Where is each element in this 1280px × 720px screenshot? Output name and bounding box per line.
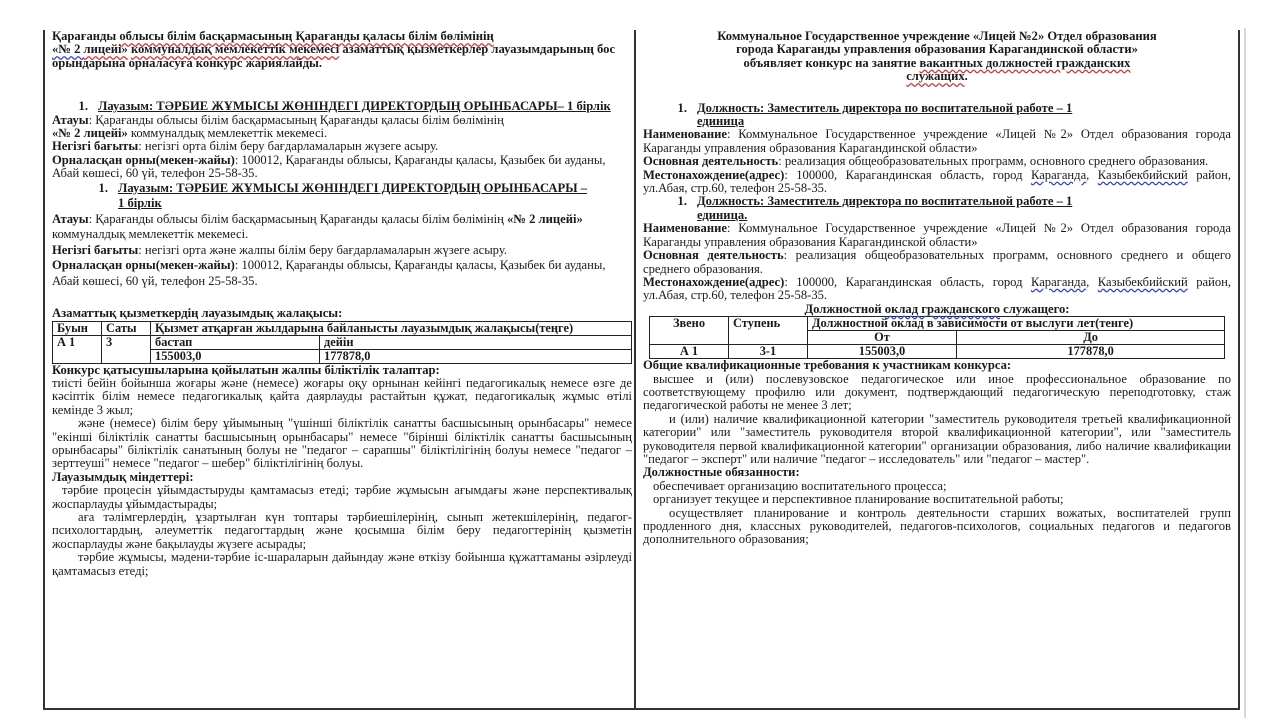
salary-table: Буын Саты Қызмет атқарған жылдарына байл…	[52, 321, 632, 364]
vacancy-address: Местонахождение(адрес): 100000, Караганд…	[643, 169, 1231, 196]
vacancy-name: Наименование: Коммунальное Государственн…	[643, 222, 1231, 249]
vacancy-address: Местонахождение(адрес): 100000, Караганд…	[643, 276, 1231, 303]
russian-intro: Коммунальное Государственное учреждение …	[643, 30, 1231, 84]
salary-table: Звено Ступень Должностной оклад в зависи…	[649, 316, 1225, 359]
vacancy-direction: Негізгі бағыты: негізгі орта білім беру …	[52, 140, 632, 153]
vacancy-title: 1. Должность: Заместитель директора по в…	[643, 102, 1231, 129]
vacancy-address: Орналасқан орны(мекен-жайы): 100012, Қар…	[52, 154, 632, 181]
requirement-item: тиісті бейін бойынша жоғары және (немесе…	[52, 377, 632, 417]
vacancy-name: Атауы: Қарағанды облысы білім басқармасы…	[52, 114, 632, 141]
vacancy-title: 1. Должность: Заместитель директора по в…	[643, 195, 1231, 222]
vacancy-activity: Основная деятельность: реализация общеоб…	[643, 249, 1231, 276]
salary-heading: Должностной оклад гражданского служащего…	[643, 303, 1231, 316]
duty-item: организует текущее и перспективное плани…	[643, 493, 1231, 506]
vacancy-activity: Основная деятельность: реализация общеоб…	[643, 155, 1231, 168]
kazakh-column: Қарағанды облысы білім басқармасының Қар…	[52, 30, 632, 578]
vacancy-ru-1: 1. Должность: Заместитель директора по в…	[643, 102, 1231, 196]
russian-column: Коммунальное Государственное учреждение …	[643, 30, 1231, 547]
duties-heading: Лауазымдық міндеттері:	[52, 471, 632, 484]
vacancy-title: 1. Лауазым: ТӘРБИЕ ЖҰМЫСЫ ЖӨНІНДЕГІ ДИРЕ…	[52, 181, 632, 212]
requirement-item: высшее и (или) послевузовское педагогиче…	[643, 373, 1231, 413]
page-edge-shadow	[1244, 28, 1246, 718]
vacancy-name: Наименование: Коммунальное Государственн…	[643, 128, 1231, 155]
kazakh-intro: Қарағанды облысы білім басқармасының Қар…	[52, 30, 632, 70]
vacancy-direction: Негізгі бағыты: негізгі орта және жалпы …	[52, 243, 632, 259]
vacancy-kz-1: 1. Лауазым: ТӘРБИЕ ЖҰМЫСЫ ЖӨНІНДЕГІ ДИРЕ…	[52, 100, 632, 180]
vacancy-address: Орналасқан орны(мекен-жайы): 100012, Қар…	[52, 258, 632, 289]
vacancy-title: 1. Лауазым: ТӘРБИЕ ЖҰМЫСЫ ЖӨНІНДЕГІ ДИРЕ…	[52, 100, 632, 113]
vacancy-name: Атауы: Қарағанды облысы білім басқармасы…	[52, 212, 632, 243]
column-divider	[634, 30, 636, 710]
requirement-item: және (немесе) білім беру ұйымының "үшінш…	[52, 417, 632, 471]
duties-heading: Должностные обязанности:	[643, 466, 1231, 479]
duty-item: тәрбие жұмысы, мәдени-тәрбие іс-шаралары…	[52, 551, 632, 578]
duty-item: обеспечивает организацию воспитательного…	[643, 480, 1231, 493]
duty-item: аға тәлімгерлердің, ұзартылған күн топта…	[52, 511, 632, 551]
requirement-item: и (или) наличие квалификационной категор…	[643, 413, 1231, 467]
requirements-heading: Общие квалификационные требования к учас…	[643, 359, 1231, 372]
salary-heading: Азаматтық қызметкердің лауазымдық жалақы…	[52, 307, 632, 320]
requirements-heading: Конкурс қатысушыларына қойылатын жалпы б…	[52, 364, 632, 377]
vacancy-ru-2: 1. Должность: Заместитель директора по в…	[643, 195, 1231, 302]
duty-item: тәрбие процесін ұйымдастыруды қамтамасыз…	[52, 484, 632, 511]
duty-item: осуществляет планирование и контроль дея…	[643, 507, 1231, 547]
vacancy-kz-2: 1. Лауазым: ТӘРБИЕ ЖҰМЫСЫ ЖӨНІНДЕГІ ДИРЕ…	[52, 181, 632, 290]
